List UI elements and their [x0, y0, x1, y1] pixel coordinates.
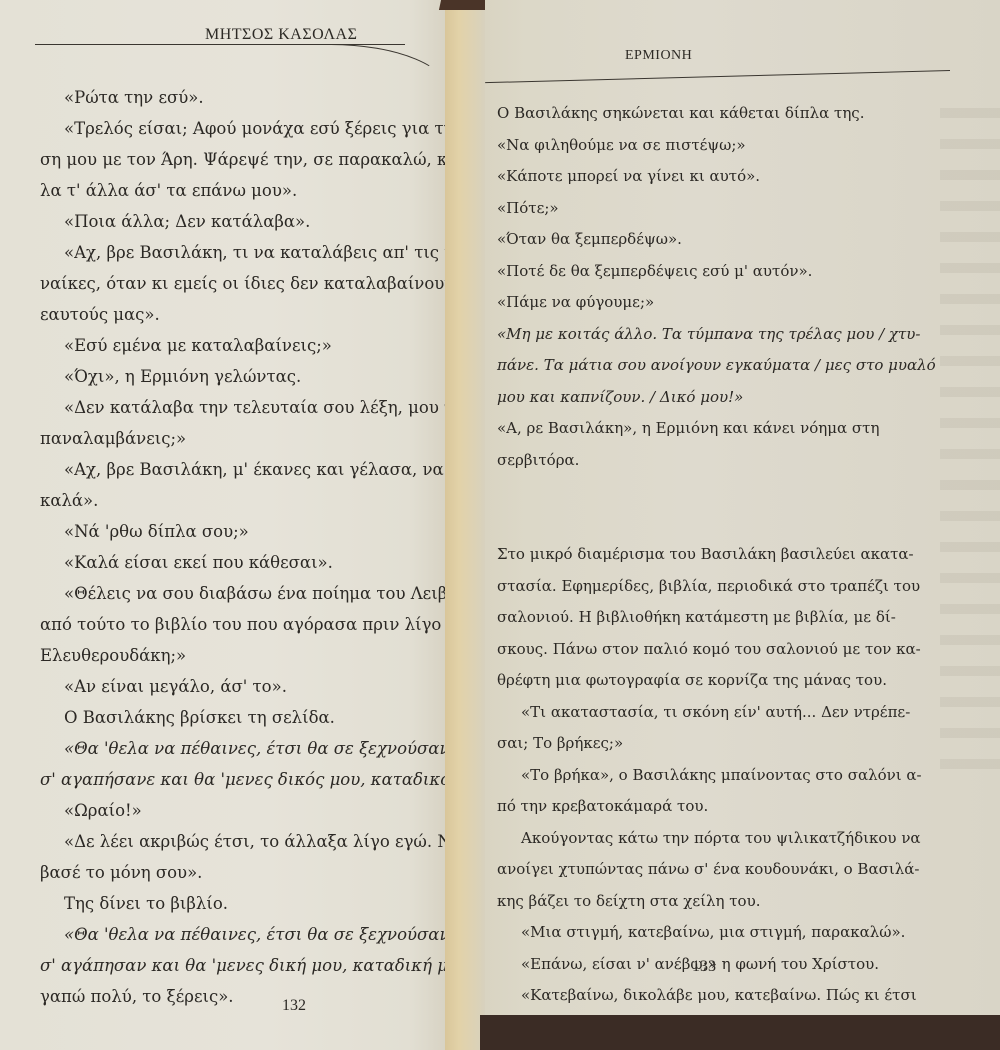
text-line: σαι; Το βρήκες;» — [497, 728, 967, 760]
poem-line: «Θα 'θελα να πέθαινες, έτσι θα σε ξεχνού… — [40, 733, 445, 764]
page-number-right: 133 — [692, 958, 716, 976]
text-line: «Τι ακαταστασία, τι σκόνη είν' αυτή... Δ… — [497, 697, 967, 729]
text-line: «Α, ρε Βασιλάκη», η Ερμιόνη και κάνει νό… — [497, 413, 967, 445]
text-line: Ακούγοντας κάτω την πόρτα του ψιλικατζήδ… — [497, 823, 967, 855]
text-line: «Ωραίο!» — [40, 795, 445, 826]
poem-line: «Μη με κοιτάς άλλο. Τα τύμπανα της τρέλα… — [497, 319, 967, 351]
text-line: σαλονιού. Η βιβλιοθήκη κατάμεστη με βιβλ… — [497, 602, 967, 634]
text-line: «Θέλεις να σου διαβάσω ένα ποίημα του Λε… — [40, 578, 445, 609]
left-page-body: «Ρώτα την εσύ». «Τρελός είσαι; Αφού μονά… — [40, 82, 445, 1012]
text-line: θρέφτη μια φωτογραφία σε κορνίζα της μάν… — [497, 665, 967, 697]
running-head-author: ΜΗΤΣΟΣ ΚΑΣΟΛΑΣ — [205, 26, 357, 44]
text-line: «Να φιληθούμε να σε πιστέψω;» — [497, 130, 967, 162]
text-line: «Ποτέ δε θα ξεμπερδέψεις εσύ μ' αυτόν». — [497, 256, 967, 288]
text-line: πό την κρεβατοκάμαρά του. — [497, 791, 967, 823]
text-line: «Αχ, βρε Βασιλάκη, μ' έκανες και γέλασα,… — [40, 454, 445, 485]
text-line: «Ρώτα την εσύ». — [40, 82, 445, 113]
text-line: Ο Βασιλάκης σηκώνεται και κάθεται δίπλα … — [497, 98, 967, 130]
text-line: ναίκες, όταν κι εμείς οι ίδιες δεν καταλ… — [40, 268, 445, 299]
text-line: «Νά 'ρθω δίπλα σου;» — [40, 516, 445, 547]
text-line: βασέ το μόνη σου». — [40, 857, 445, 888]
text-line: «Το βρήκα», ο Βασιλάκης μπαίνοντας στο σ… — [497, 760, 967, 792]
text-line: «Αν είναι μεγάλο, άσ' το». — [40, 671, 445, 702]
poem-line: σ' αγαπήσανε και θα 'μενες δικός μου, κα… — [40, 764, 445, 795]
text-line: «Καλά είσαι εκεί που κάθεσαι». — [40, 547, 445, 578]
text-line: στασία. Εφημερίδες, βιβλία, περιοδικά στ… — [497, 571, 967, 603]
poem-line: μου και καπνίζουν. / Δικό μου!» — [497, 382, 967, 414]
right-page: ΕΡΜΙΟΝΗ Ο Βασιλάκης σηκώνεται και κάθετα… — [485, 0, 1000, 1015]
text-line: Της δίνει το βιβλίο. — [40, 888, 445, 919]
text-line: λα τ' άλλα άσ' τα επάνω μου». — [40, 175, 445, 206]
text-line: «Δε λέει ακριβώς έτσι, το άλλαξα λίγο εγ… — [40, 826, 445, 857]
text-line: από τούτο το βιβλίο του που αγόρασα πριν… — [40, 609, 445, 640]
text-line: «Κατεβαίνω, δικολάβε μου, κατεβαίνω. Πώς… — [497, 980, 967, 1012]
right-page-body: Ο Βασιλάκης σηκώνεται και κάθεται δίπλα … — [497, 98, 967, 1015]
left-page: ΜΗΤΣΟΣ ΚΑΣΟΛΑΣ «Ρώτα την εσύ». «Τρελός ε… — [0, 0, 445, 1050]
text-line: σκους. Πάνω στον παλιό κομό του σαλονιού… — [497, 634, 967, 666]
text-line: «Μια στιγμή, κατεβαίνω, μια στιγμή, παρα… — [497, 917, 967, 949]
text-line: «Τρελός είσαι; Αφού μονάχα εσύ ξέρεις γι… — [40, 113, 445, 144]
book-gutter — [445, 0, 485, 1050]
text-line: ση μου με τον Άρη. Ψάρεψέ την, σε παρακα… — [40, 144, 445, 175]
text-line: «Αχ, βρε Βασιλάκη, τι να καταλάβεις απ' … — [40, 237, 445, 268]
text-line: ανοίγει χτυπώντας πάνω σ' ένα κουδουνάκι… — [497, 854, 967, 886]
poem-line: πάνε. Τα μάτια σου ανοίγουν εγκαύματα / … — [497, 350, 967, 382]
text-line: γαπώ πολύ, το ξέρεις». — [40, 981, 445, 1012]
text-line: καλά». — [40, 485, 445, 516]
text-line: Ο Βασιλάκης βρίσκει τη σελίδα. — [40, 702, 445, 733]
text-line: Στο μικρό διαμέρισμα του Βασιλάκη βασιλε… — [497, 539, 967, 571]
text-line: παναλαμβάνεις;» — [40, 423, 445, 454]
table-surface — [480, 1015, 1000, 1050]
text-line: κης βάζει το δείχτη στα χείλη του. — [497, 886, 967, 918]
text-line: «Όταν θα ξεμπερδέψω». — [497, 224, 967, 256]
open-book-spread: ΜΗΤΣΟΣ ΚΑΣΟΛΑΣ «Ρώτα την εσύ». «Τρελός ε… — [0, 0, 1000, 1050]
page-number-left: 132 — [282, 997, 306, 1015]
text-line: «Δεν κατάλαβα την τελευταία σου λέξη, μο… — [40, 392, 445, 423]
text-line: «Κάποτε μπορεί να γίνει κι αυτό». — [497, 161, 967, 193]
text-line: «Εσύ εμένα με καταλαβαίνεις;» — [40, 330, 445, 361]
text-line: «Όχι», η Ερμιόνη γελώντας. — [40, 361, 445, 392]
text-line: Ελευθερουδάκη;» — [40, 640, 445, 671]
text-line: «Επάνω, είσαι ν' ανέβω;» η φωνή του Χρίσ… — [497, 949, 967, 981]
text-line: «Πάμε να φύγουμε;» — [497, 287, 967, 319]
poem-line: σ' αγάπησαν και θα 'μενες δική μου, κατα… — [40, 950, 445, 981]
running-head-title: ΕΡΜΙΟΝΗ — [625, 48, 692, 64]
poem-line: «Θα 'θελα να πέθαινες, έτσι θα σε ξεχνού… — [40, 919, 445, 950]
text-line: «Ποια άλλα; Δεν κατάλαβα». — [40, 206, 445, 237]
text-line: σερβιτόρα. — [497, 445, 967, 477]
text-line: εαυτούς μας». — [40, 299, 445, 330]
text-line: «Πότε;» — [497, 193, 967, 225]
section-break — [497, 476, 967, 539]
header-rule — [485, 70, 950, 83]
